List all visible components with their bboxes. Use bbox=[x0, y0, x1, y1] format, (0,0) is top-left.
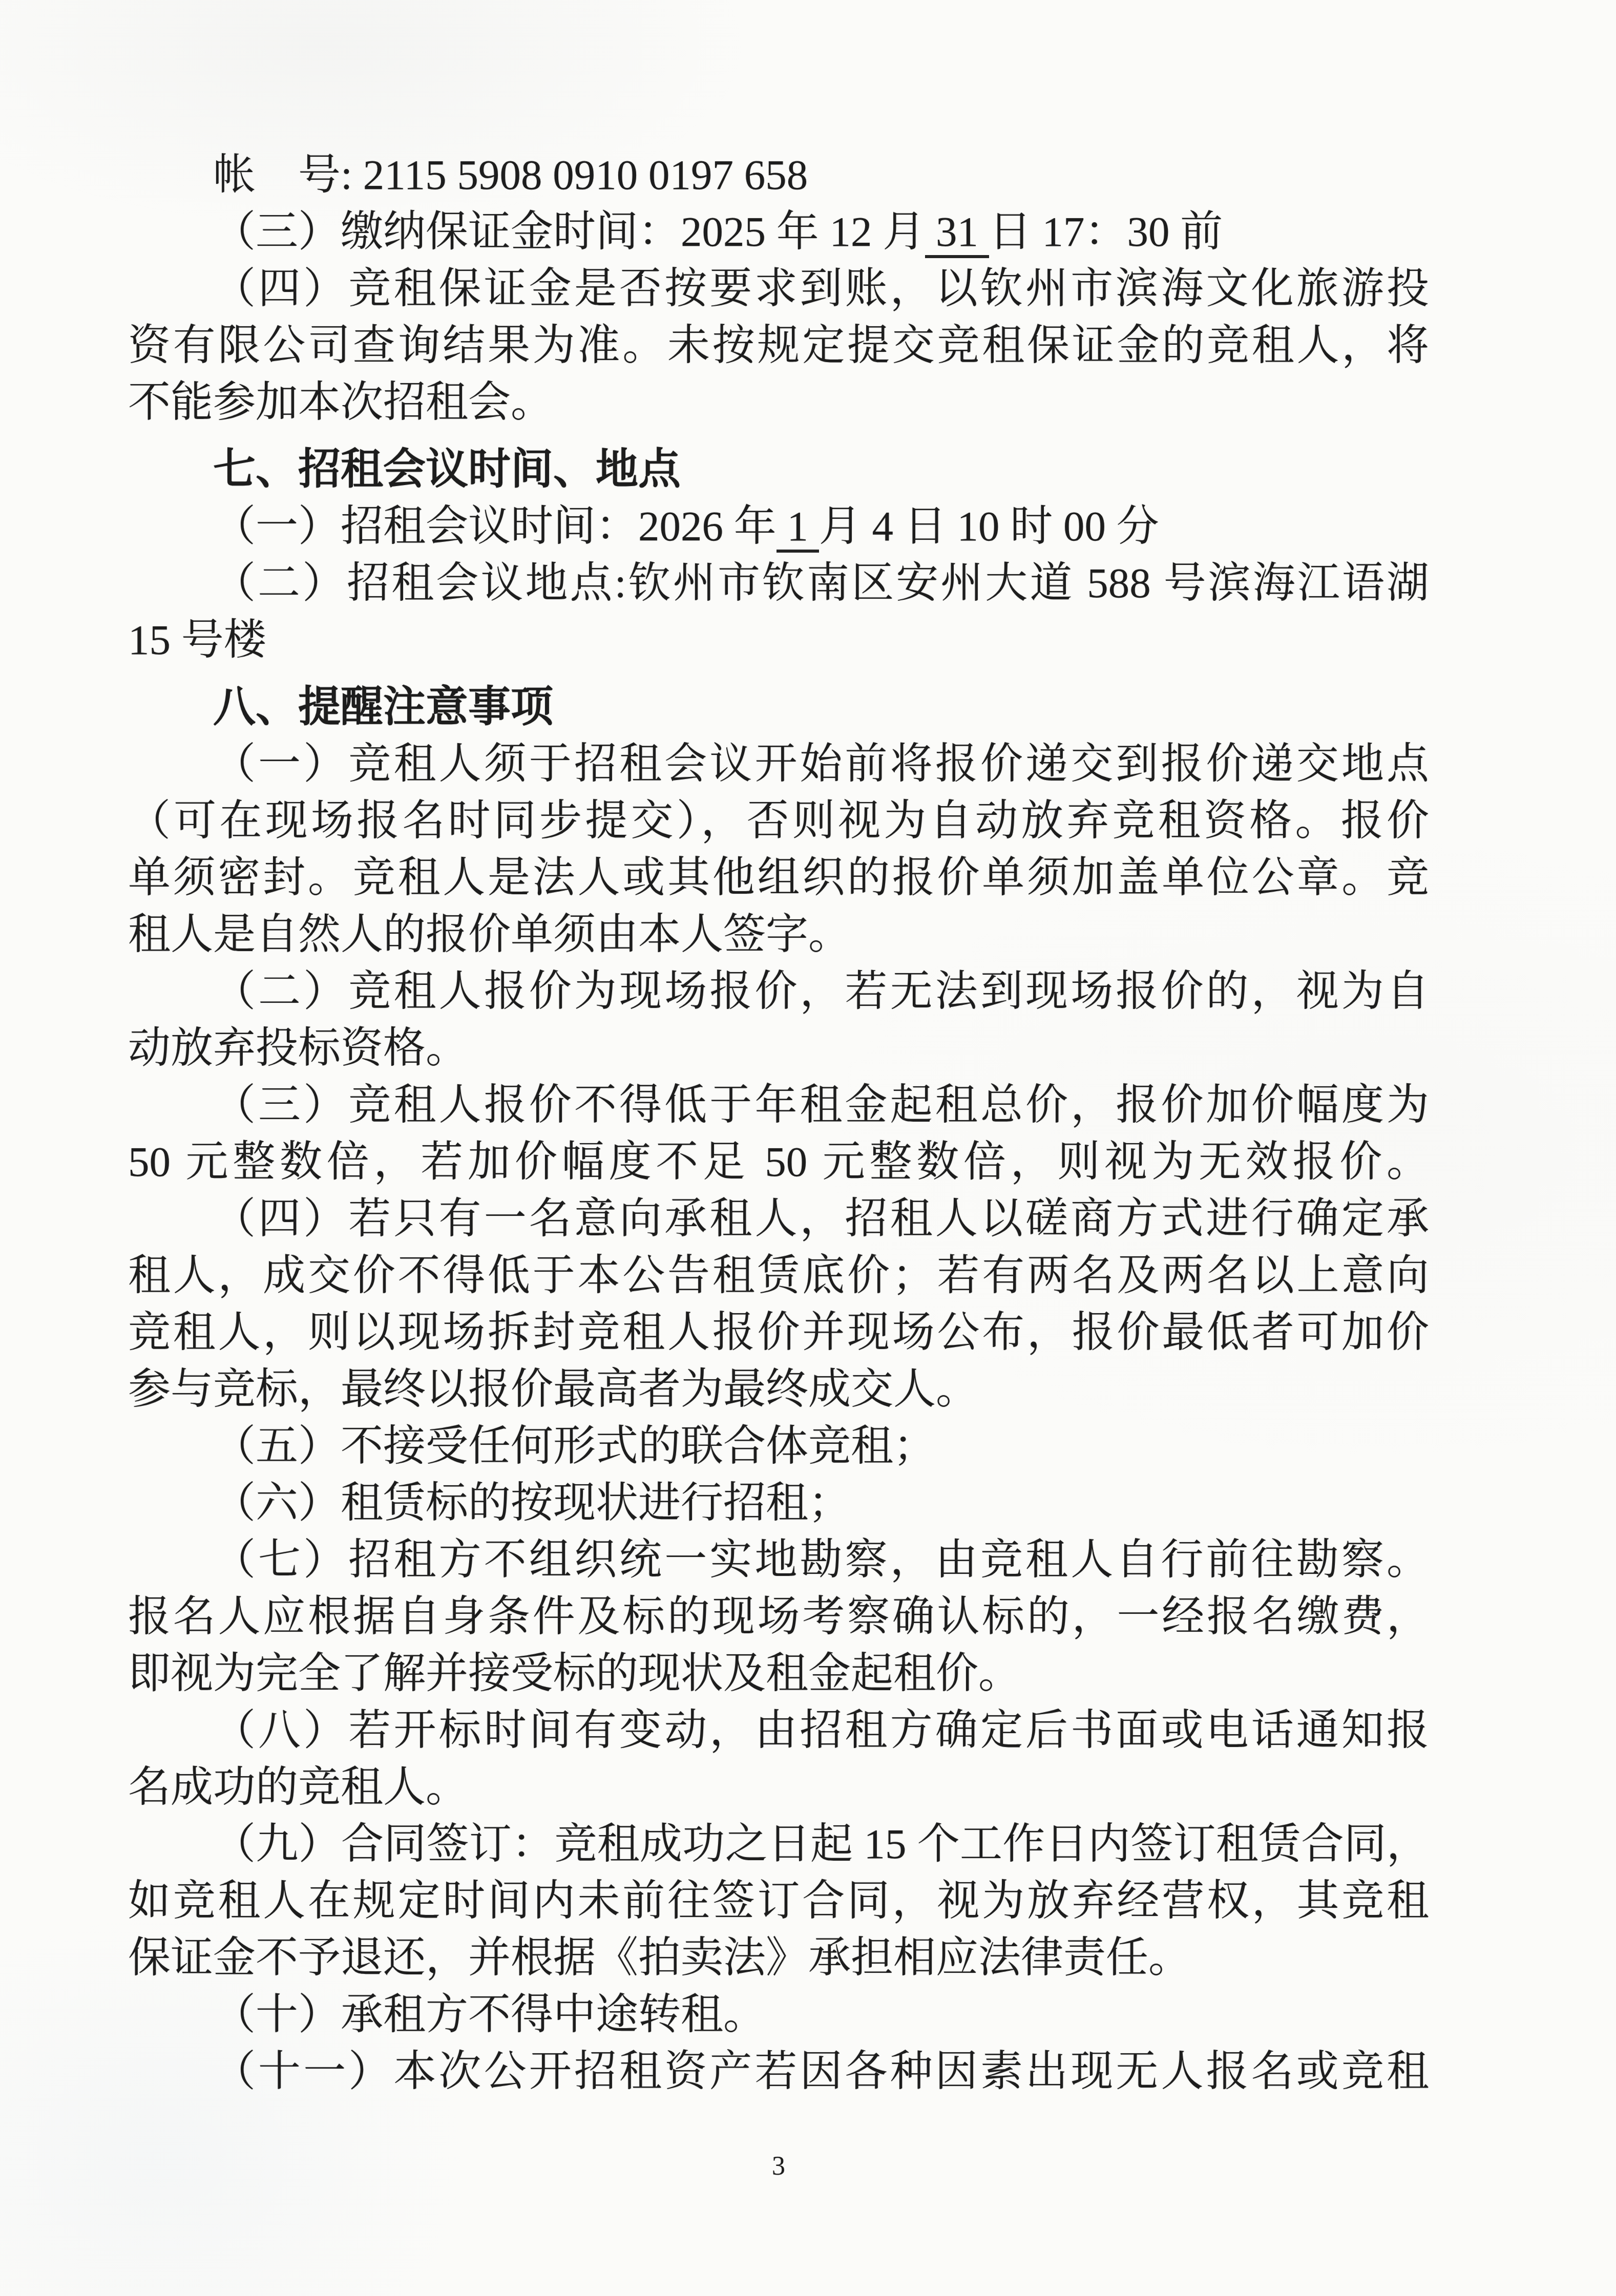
text-run: （可在现场报名时同步提交），否则视为自动放弃竞租资格。报价 bbox=[128, 797, 1429, 844]
text-run: （一）招租会议时间：2026 年 bbox=[213, 502, 776, 550]
underlined-value: 1 bbox=[776, 502, 819, 553]
doc-line: 50 元整数倍，若加价幅度不足 50 元整数倍，则视为无效报价。 bbox=[128, 1133, 1429, 1190]
text-run: 即视为完全了解并接受标的现状及租金起租价。 bbox=[128, 1650, 1021, 1697]
doc-line: 动放弃投标资格。 bbox=[128, 1020, 1429, 1077]
text-run: 保证金不予退还，并根据《拍卖法》承担相应法律责任。 bbox=[128, 1934, 1191, 1981]
page-number: 3 bbox=[128, 2151, 1429, 2182]
text-run: （四）竞租保证金是否按要求到账，以钦州市滨海文化旅游投 bbox=[213, 265, 1429, 312]
text-run: （十）承租方不得中途转租。 bbox=[213, 1991, 766, 2038]
text-run: （十一）本次公开招租资产若因各种因素出现无人报名或竞租 bbox=[213, 2048, 1429, 2095]
doc-line: （三）缴纳保证金时间：2025 年 12 月 31 日 17：30 前 bbox=[128, 203, 1429, 260]
text-run: （八）若开标时间有变动，由招租方确定后书面或电话通知报 bbox=[213, 1707, 1429, 1754]
text-run: 名成功的竞租人。 bbox=[128, 1763, 468, 1810]
doc-line: （十）承租方不得中途转租。 bbox=[128, 1986, 1429, 2043]
text-run: 资有限公司查询结果为准。未按规定提交竞租保证金的竞租人，将 bbox=[128, 322, 1429, 369]
document-page: 帐 号: 2115 5908 0910 0197 658（三）缴纳保证金时间：2… bbox=[0, 0, 1616, 2296]
text-run: （一）竞租人须于招租会议开始前将报价递交到报价递交地点 bbox=[213, 740, 1429, 787]
text-run: 租人是自然人的报价单须由本人签字。 bbox=[128, 911, 851, 958]
text-run: 八、提醒注意事项 bbox=[213, 683, 553, 730]
doc-line: （一）竞租人须于招租会议开始前将报价递交到报价递交地点 bbox=[128, 735, 1429, 792]
text-run: 不能参加本次招租会。 bbox=[128, 378, 553, 426]
doc-line: （四）竞租保证金是否按要求到账，以钦州市滨海文化旅游投 bbox=[128, 260, 1429, 317]
doc-line: 15 号楼 bbox=[128, 612, 1429, 668]
text-run: 动放弃投标资格。 bbox=[128, 1024, 468, 1071]
doc-line: 如竞租人在规定时间内未前往签订合同，视为放弃经营权，其竞租 bbox=[128, 1872, 1429, 1929]
text-run: 帐 号: 2115 5908 0910 0197 658 bbox=[213, 151, 808, 198]
doc-line: （一）招租会议时间：2026 年 1 月 4 日 10 时 00 分 bbox=[128, 498, 1429, 555]
doc-line: 报名人应根据自身条件及标的现场考察确认标的，一经报名缴费， bbox=[128, 1588, 1429, 1645]
doc-line: （二）招租会议地点:钦州市钦南区安州大道 588 号滨海江语湖 bbox=[128, 555, 1429, 612]
doc-line: 竞租人，则以现场拆封竞租人报价并现场公布，报价最低者可加价 bbox=[128, 1304, 1429, 1361]
doc-line: 名成功的竞租人。 bbox=[128, 1759, 1429, 1816]
text-run: 50 元整数倍，若加价幅度不足 50 元整数倍，则视为无效报价。 bbox=[128, 1138, 1429, 1185]
doc-line: 资有限公司查询结果为准。未按规定提交竞租保证金的竞租人，将 bbox=[128, 317, 1429, 374]
doc-line: 租人是自然人的报价单须由本人签字。 bbox=[128, 906, 1429, 963]
text-run: （四）若只有一名意向承租人，招租人以磋商方式进行确定承 bbox=[213, 1195, 1429, 1242]
doc-line: 即视为完全了解并接受标的现状及租金起租价。 bbox=[128, 1645, 1429, 1702]
doc-line: （三）竞租人报价不得低于年租金起租总价，报价加价幅度为 bbox=[128, 1077, 1429, 1133]
doc-line: 单须密封。竞租人是法人或其他组织的报价单须加盖单位公章。竞 bbox=[128, 849, 1429, 906]
text-run: （三）竞租人报价不得低于年租金起租总价，报价加价幅度为 bbox=[213, 1081, 1429, 1128]
doc-line: 保证金不予退还，并根据《拍卖法》承担相应法律责任。 bbox=[128, 1929, 1429, 1986]
doc-line: 帐 号: 2115 5908 0910 0197 658 bbox=[128, 146, 1429, 203]
text-run: 如竞租人在规定时间内未前往签订合同，视为放弃经营权，其竞租 bbox=[128, 1877, 1429, 1924]
text-run: 日 17：30 前 bbox=[989, 208, 1223, 255]
doc-line: （八）若开标时间有变动，由招租方确定后书面或电话通知报 bbox=[128, 1702, 1429, 1759]
doc-line: 租人，成交价不得低于本公告租赁底价；若有两名及两名以上意向 bbox=[128, 1247, 1429, 1304]
doc-line: （可在现场报名时同步提交），否则视为自动放弃竞租资格。报价 bbox=[128, 792, 1429, 849]
underlined-value: 31 bbox=[925, 208, 989, 258]
doc-line: （五）不接受任何形式的联合体竞租； bbox=[128, 1418, 1429, 1475]
doc-line: （二）竞租人报价为现场报价，若无法到现场报价的，视为自 bbox=[128, 963, 1429, 1020]
text-run: 七、招租会议时间、地点 bbox=[213, 446, 681, 493]
text-run: 单须密封。竞租人是法人或其他组织的报价单须加盖单位公章。竞 bbox=[128, 854, 1429, 901]
section-heading: 七、招租会议时间、地点 bbox=[128, 441, 1429, 498]
text-run: （九）合同签订：竞租成功之日起 15 个工作日内签订租赁合同， bbox=[213, 1820, 1429, 1867]
text-run: 租人，成交价不得低于本公告租赁底价；若有两名及两名以上意向 bbox=[128, 1252, 1429, 1299]
text-run: 竞租人，则以现场拆封竞租人报价并现场公布，报价最低者可加价 bbox=[128, 1309, 1429, 1356]
doc-line: （四）若只有一名意向承租人，招租人以磋商方式进行确定承 bbox=[128, 1190, 1429, 1247]
doc-line: （六）租赁标的按现状进行招租； bbox=[128, 1475, 1429, 1531]
text-run: 参与竞标，最终以报价最高者为最终成交人。 bbox=[128, 1365, 978, 1413]
doc-line: 参与竞标，最终以报价最高者为最终成交人。 bbox=[128, 1361, 1429, 1418]
text-run: （二）竞租人报价为现场报价，若无法到现场报价的，视为自 bbox=[213, 967, 1429, 1015]
doc-line: 不能参加本次招租会。 bbox=[128, 374, 1429, 431]
doc-line: （七）招租方不组织统一实地勘察，由竞租人自行前往勘察。 bbox=[128, 1531, 1429, 1588]
text-run: （七）招租方不组织统一实地勘察，由竞租人自行前往勘察。 bbox=[213, 1536, 1429, 1583]
text-run: （三）缴纳保证金时间：2025 年 12 月 bbox=[213, 208, 925, 255]
text-run: （六）租赁标的按现状进行招租； bbox=[213, 1479, 851, 1526]
section-heading: 八、提醒注意事项 bbox=[128, 679, 1429, 735]
document-body: 帐 号: 2115 5908 0910 0197 658（三）缴纳保证金时间：2… bbox=[128, 146, 1429, 2100]
text-run: 月 4 日 10 时 00 分 bbox=[819, 502, 1159, 550]
text-run: （五）不接受任何形式的联合体竞租； bbox=[213, 1422, 936, 1469]
doc-line: （九）合同签订：竞租成功之日起 15 个工作日内签订租赁合同， bbox=[128, 1816, 1429, 1872]
text-run: 15 号楼 bbox=[128, 616, 266, 663]
text-run: 报名人应根据自身条件及标的现场考察确认标的，一经报名缴费， bbox=[128, 1593, 1429, 1640]
text-run: （二）招租会议地点:钦州市钦南区安州大道 588 号滨海江语湖 bbox=[213, 559, 1429, 606]
doc-line: （十一）本次公开招租资产若因各种因素出现无人报名或竞租 bbox=[128, 2043, 1429, 2100]
